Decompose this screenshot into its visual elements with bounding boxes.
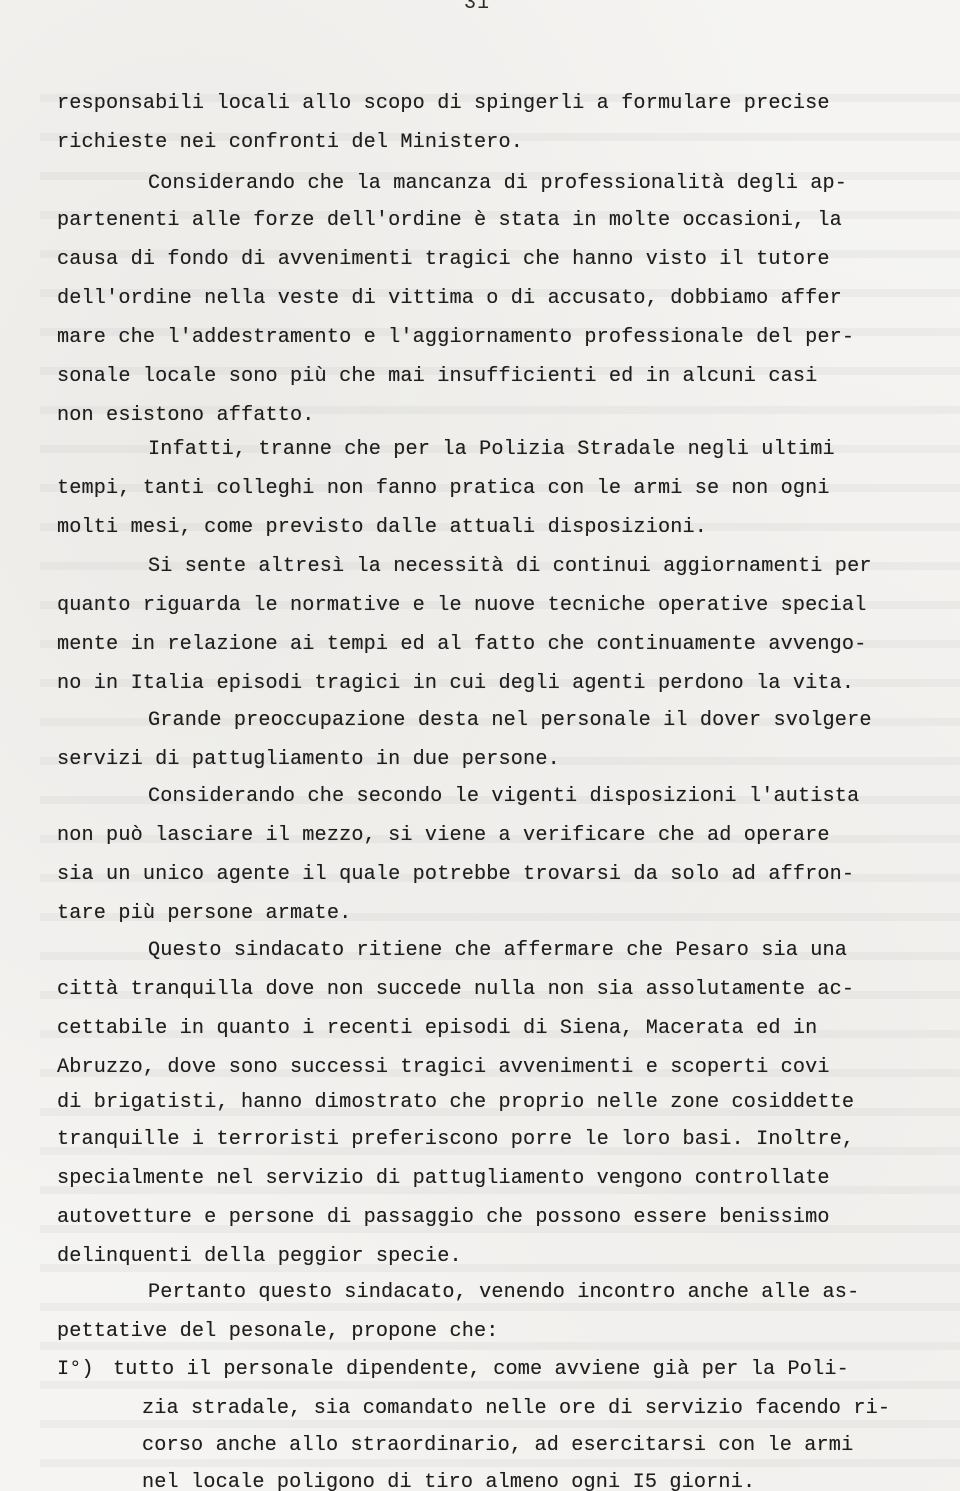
list-item-line: corso anche allo straordinario, ad eserc… [142,1434,853,1458]
text-line: sonale locale sono più che mai insuffici… [57,365,817,389]
text-line: Pertanto questo sindacato, venendo incon… [148,1281,859,1305]
text-line: delinquenti della peggior specie. [57,1245,462,1269]
text-line: servizi di pattugliamento in due persone… [57,748,560,772]
text-line: richieste nei confronti del Ministero. [57,131,523,155]
text-line: quanto riguarda le normative e le nuove … [57,594,866,618]
text-line: tranquille i terroristi preferiscono por… [57,1128,854,1152]
text-line: specialmente nel servizio di pattugliame… [57,1167,830,1191]
text-line: molti mesi, come previsto dalle attuali … [57,516,707,540]
text-line: di brigatisti, hanno dimostrato che prop… [57,1091,854,1115]
text-line: pettative del pesonale, propone che: [57,1320,499,1344]
text-line: sia un unico agente il quale potrebbe tr… [57,863,854,887]
text-line: Questo sindacato ritiene che affermare c… [148,939,847,963]
text-line: no in Italia episodi tragici in cui degl… [57,672,854,696]
text-line: Abruzzo, dove sono successi tragici avve… [57,1056,830,1080]
text-line: Considerando che secondo le vigenti disp… [148,785,859,809]
text-line: Infatti, tranne che per la Polizia Strad… [148,438,835,462]
text-line: Considerando che la mancanza di professi… [148,172,847,196]
text-line: mente in relazione ai tempi ed al fatto … [57,633,866,657]
list-item-line: nel locale poligono di tiro almeno ogni … [142,1471,755,1491]
text-line: non può lasciare il mezzo, si viene a ve… [57,824,830,848]
list-item-marker: I°) [57,1358,94,1382]
text-line: tare più persone armate. [57,902,351,926]
text-line: autovetture e persone di passaggio che p… [57,1206,830,1230]
text-line: non esistono affatto. [57,404,315,428]
text-line: città tranquilla dove non succede nulla … [57,978,854,1002]
text-line: partenenti alle forze dell'ordine è stat… [57,209,842,233]
text-line: tempi, tanti colleghi non fanno pratica … [57,477,830,501]
text-line: Grande preoccupazione desta nel personal… [148,709,872,733]
text-line: dell'ordine nella veste di vittima o di … [57,287,842,311]
page-number: 31 [464,0,490,15]
text-line: responsabili locali allo scopo di spinge… [57,92,830,116]
list-item-line: tutto il personale dipendente, come avvi… [113,1358,849,1382]
text-line: cettabile in quanto i recenti episodi di… [57,1017,817,1041]
document-page: 31 responsabili locali allo scopo di spi… [0,0,960,1491]
text-line: Si sente altresì la necessità di continu… [148,555,872,579]
text-line: mare che l'addestramento e l'aggiornamen… [57,326,854,350]
text-line: causa di fondo di avvenimenti tragici ch… [57,248,830,272]
list-item-line: zia stradale, sia comandato nelle ore di… [142,1397,890,1421]
